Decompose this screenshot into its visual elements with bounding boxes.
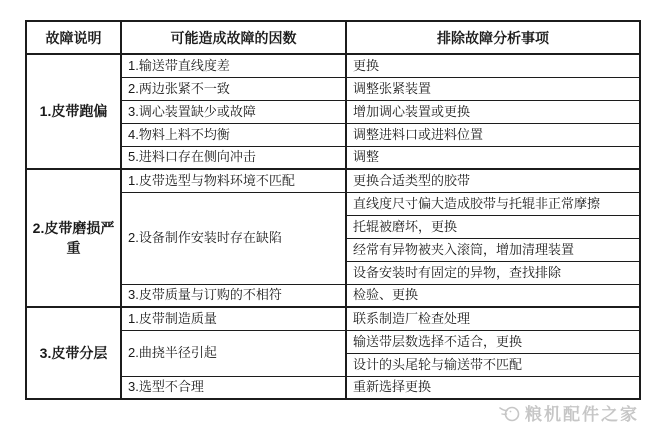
remedy-cell: 更换合适类型的胶带 (346, 169, 640, 192)
remedy-cell: 经常有异物被夹入滚筒，增加清理装置 (346, 238, 640, 261)
table-row: 3.皮带分层 1.皮带制造质量 联系制造厂检查处理 (26, 307, 640, 330)
watermark-text: 粮机配件之家 (525, 400, 639, 425)
cause-cell: 2.设备制作安装时存在缺陷 (121, 192, 346, 284)
fault-category-cell: 3.皮带分层 (26, 307, 121, 399)
fault-analysis-table-container: 故障说明 可能造成故障的因数 排除故障分析事项 1.皮带跑偏 1.输送带直线度差… (25, 20, 641, 400)
fault-category-cell: 2.皮带磨损严重 (26, 169, 121, 307)
remedy-cell: 增加调心装置或更换 (346, 100, 640, 123)
col-header-troubleshooting: 排除故障分析事项 (346, 21, 640, 54)
remedy-cell: 检验、更换 (346, 284, 640, 307)
remedy-cell: 直线度尺寸偏大造成胶带与托辊非正常摩擦 (346, 192, 640, 215)
cause-cell: 2.曲挠半径引起 (121, 330, 346, 376)
fault-analysis-table: 故障说明 可能造成故障的因数 排除故障分析事项 1.皮带跑偏 1.输送带直线度差… (25, 20, 641, 400)
cause-cell: 3.皮带质量与订购的不相符 (121, 284, 346, 307)
cause-cell: 4.物料上料不均衡 (121, 123, 346, 146)
remedy-cell: 调整 (346, 146, 640, 169)
remedy-cell: 调整张紧装置 (346, 77, 640, 100)
cause-cell: 1.皮带制造质量 (121, 307, 346, 330)
col-header-possible-causes: 可能造成故障的因数 (121, 21, 346, 54)
header-row: 故障说明 可能造成故障的因数 排除故障分析事项 (26, 21, 640, 54)
cause-cell: 3.调心装置缺少或故障 (121, 100, 346, 123)
remedy-cell: 托辊被磨坏，更换 (346, 215, 640, 238)
remedy-cell: 输送带层数选择不适合，更换 (346, 330, 640, 353)
fault-category-cell: 1.皮带跑偏 (26, 54, 121, 169)
col-header-fault-description: 故障说明 (26, 21, 121, 54)
watermark: 粮机配件之家 (498, 400, 639, 425)
cause-cell: 1.输送带直线度差 (121, 54, 346, 77)
remedy-cell: 更换 (346, 54, 640, 77)
remedy-cell: 设计的头尾轮与输送带不匹配 (346, 353, 640, 376)
table-row: 2.皮带磨损严重 1.皮带选型与物料环境不匹配 更换合适类型的胶带 (26, 169, 640, 192)
table-row: 1.皮带跑偏 1.输送带直线度差 更换 (26, 54, 640, 77)
remedy-cell: 调整进料口或进料位置 (346, 123, 640, 146)
remedy-cell: 联系制造厂检查处理 (346, 307, 640, 330)
cause-cell: 2.两边张紧不一致 (121, 77, 346, 100)
remedy-cell: 重新选择更换 (346, 376, 640, 399)
remedy-cell: 设备安装时有固定的异物，查找排除 (346, 261, 640, 284)
cause-cell: 3.选型不合理 (121, 376, 346, 399)
cause-cell: 1.皮带选型与物料环境不匹配 (121, 169, 346, 192)
cause-cell: 5.进料口存在侧向冲击 (121, 146, 346, 169)
bird-circle-logo-icon (498, 401, 522, 425)
